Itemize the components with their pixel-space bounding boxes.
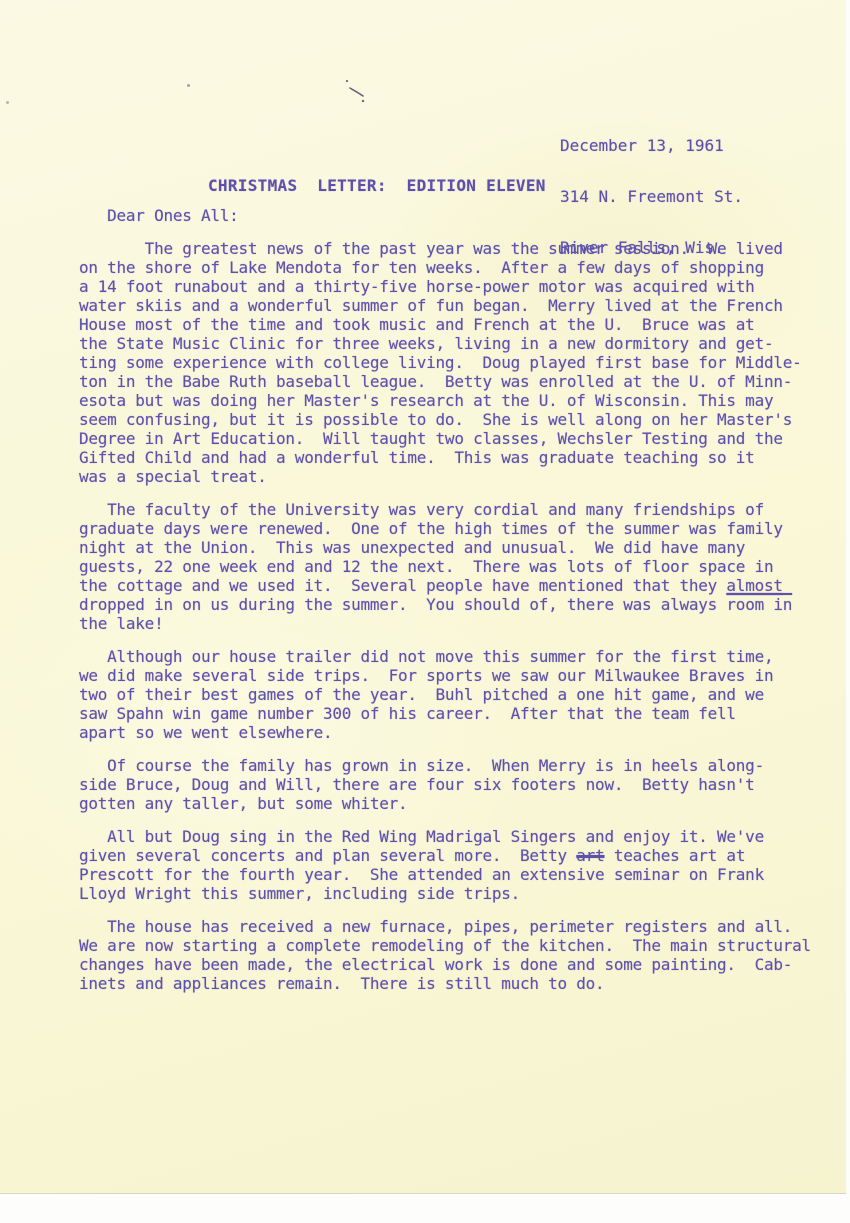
letter-line: Prescott for the fourth year. She attend… bbox=[79, 865, 811, 884]
letter-line: two of their best games of the year. Buh… bbox=[79, 685, 811, 704]
letter-line: Although our house trailer did not move … bbox=[79, 647, 811, 666]
letter-line: dropped in on us during the summer. You … bbox=[79, 595, 811, 614]
letter-line: Lloyd Wright this summer, including side… bbox=[79, 884, 811, 903]
letter-line: on the shore of Lake Mendota for ten wee… bbox=[79, 258, 811, 277]
letter-line: The house has received a new furnace, pi… bbox=[79, 917, 811, 936]
letter-line: apart so we went elsewhere. bbox=[79, 723, 811, 742]
paragraph: The faculty of the University was very c… bbox=[79, 500, 811, 633]
letter-line: the cottage and we used it. Several peop… bbox=[79, 576, 811, 595]
letter-line: House most of the time and took music an… bbox=[79, 315, 811, 334]
letter-line: given several concerts and plan several … bbox=[79, 846, 811, 865]
letter-line: a 14 foot runabout and a thirty-five hor… bbox=[79, 277, 811, 296]
letter-body: Dear Ones All: The greatest news of the … bbox=[79, 206, 811, 993]
letter-line: inets and appliances remain. There is st… bbox=[79, 974, 811, 993]
paragraph: The house has received a new furnace, pi… bbox=[79, 917, 811, 993]
letter-title: CHRISTMAS LETTER: EDITION ELEVEN bbox=[208, 176, 546, 195]
ink-speck-icon bbox=[187, 84, 190, 87]
paragraph: Although our house trailer did not move … bbox=[79, 647, 811, 742]
letter-line: We are now starting a complete remodelin… bbox=[79, 936, 811, 955]
letter-line: guests, 22 one week end and 12 the next.… bbox=[79, 557, 811, 576]
paragraphs-container: The greatest news of the past year was t… bbox=[79, 239, 811, 993]
letter-line: we did make several side trips. For spor… bbox=[79, 666, 811, 685]
ink-speck-icon bbox=[6, 101, 9, 104]
underline-text: almost bbox=[726, 576, 782, 595]
letter-line: graduate days were renewed. One of the h… bbox=[79, 519, 811, 538]
letter-line: Gifted Child and had a wonderful time. T… bbox=[79, 448, 811, 467]
letter-line: water skiis and a wonderful summer of fu… bbox=[79, 296, 811, 315]
letter-line: night at the Union. This was unexpected … bbox=[79, 538, 811, 557]
letter-line: seem confusing, but it is possible to do… bbox=[79, 410, 811, 429]
letter-line: ting some experience with college living… bbox=[79, 353, 811, 372]
letter-line: saw Spahn win game number 300 of his car… bbox=[79, 704, 811, 723]
overline-text: room in bbox=[726, 595, 792, 614]
letter-line: was a special treat. bbox=[79, 467, 811, 486]
pen-stroke-mark bbox=[340, 74, 370, 106]
paragraph: All but Doug sing in the Red Wing Madrig… bbox=[79, 827, 811, 903]
letter-line: changes have been made, the electrical w… bbox=[79, 955, 811, 974]
paragraph: Of course the family has grown in size. … bbox=[79, 756, 811, 813]
paragraph: The greatest news of the past year was t… bbox=[79, 239, 811, 486]
letter-paper: December 13, 1961 314 N. Freemont St. Ri… bbox=[0, 0, 846, 1194]
salutation: Dear Ones All: bbox=[79, 206, 811, 225]
letter-line: ton in the Babe Ruth baseball league. Be… bbox=[79, 372, 811, 391]
letter-line: The faculty of the University was very c… bbox=[79, 500, 811, 519]
date-line: December 13, 1961 bbox=[560, 137, 743, 154]
address-line-1: 314 N. Freemont St. bbox=[560, 188, 743, 205]
letter-line: the lake! bbox=[79, 614, 811, 633]
strike-text: art bbox=[576, 846, 604, 865]
letter-line: side Bruce, Doug and Will, there are fou… bbox=[79, 775, 811, 794]
letter-line: gotten any taller, but some whiter. bbox=[79, 794, 811, 813]
letter-line: the State Music Clinic for three weeks, … bbox=[79, 334, 811, 353]
letter-line: All but Doug sing in the Red Wing Madrig… bbox=[79, 827, 811, 846]
letter-line: Of course the family has grown in size. … bbox=[79, 756, 811, 775]
letter-line: The greatest news of the past year was t… bbox=[79, 239, 811, 258]
letter-line: esota but was doing her Master's researc… bbox=[79, 391, 811, 410]
letter-line: Degree in Art Education. Will taught two… bbox=[79, 429, 811, 448]
